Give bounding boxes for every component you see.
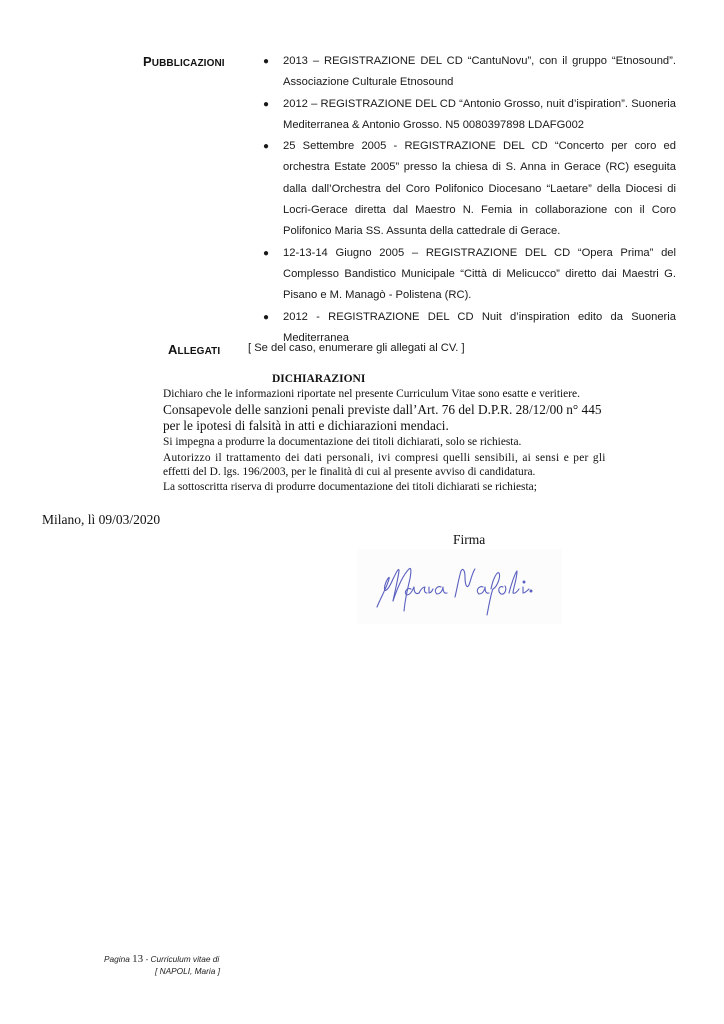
footer-candidate-name: [ NAPOLI, Maria ] bbox=[104, 965, 220, 977]
declaration-line: per le ipotesi di falsità in atti e dich… bbox=[163, 418, 449, 434]
page-footer: Pagina 13 - Curriculum vitae di [ NAPOLI… bbox=[104, 953, 220, 977]
signature-scribble-icon bbox=[357, 549, 562, 624]
label-rest: LLEGATI bbox=[178, 346, 221, 357]
list-item: ●25 Settembre 2005 - REGISTRAZIONE DEL C… bbox=[283, 136, 676, 242]
list-item: ●2012 – REGISTRAZIONE DEL CD “Antonio Gr… bbox=[283, 94, 676, 137]
footer-line-1: Pagina 13 - Curriculum vitae di bbox=[104, 953, 220, 965]
list-item: ●12-13-14 Giugno 2005 – REGISTRAZIONE DE… bbox=[283, 243, 676, 307]
publication-text: 2012 - REGISTRAZIONE DEL CD Nuit d’inspi… bbox=[283, 311, 676, 344]
bullet-icon: ● bbox=[263, 94, 269, 115]
publication-text: 25 Settembre 2005 - REGISTRAZIONE DEL CD… bbox=[283, 140, 676, 237]
place-and-date: Milano, lì 09/03/2020 bbox=[42, 512, 160, 528]
declaration-line: Si impegna a produrre la documentazione … bbox=[163, 436, 521, 448]
handwritten-signature bbox=[357, 549, 562, 624]
publication-text: 2013 – REGISTRAZIONE DEL CD “CantuNovu”,… bbox=[283, 55, 676, 88]
declarations-title: DICHIARAZIONI bbox=[272, 373, 365, 385]
bullet-icon: ● bbox=[263, 51, 269, 72]
publications-list: ●2013 – REGISTRAZIONE DEL CD “CantuNovu”… bbox=[283, 51, 676, 349]
publication-text: 2012 – REGISTRAZIONE DEL CD “Antonio Gro… bbox=[283, 98, 676, 131]
allegati-placeholder-text: [ Se del caso, enumerare gli allegati al… bbox=[248, 342, 465, 354]
label-rest: UBBLICAZIONI bbox=[152, 58, 225, 69]
section-label-allegati: ALLEGATI bbox=[168, 342, 220, 357]
publication-text: 12-13-14 Giugno 2005 – REGISTRAZIONE DEL… bbox=[283, 247, 676, 302]
label-initial: A bbox=[168, 342, 178, 357]
declaration-line: effetti del D. lgs. 196/2003, per le fin… bbox=[163, 466, 535, 478]
bullet-icon: ● bbox=[263, 136, 269, 157]
declaration-line: Dichiaro che le informazioni riportate n… bbox=[163, 388, 580, 400]
label-initial: P bbox=[143, 54, 152, 69]
bullet-icon: ● bbox=[263, 243, 269, 264]
section-label-pubblicazioni: PUBBLICAZIONI bbox=[143, 54, 225, 69]
declaration-line: Consapevole delle sanzioni penali previs… bbox=[163, 402, 602, 418]
page-number: 13 bbox=[132, 953, 143, 965]
declaration-line: Autorizzo il trattamento dei dati person… bbox=[163, 452, 606, 464]
list-item: ●2013 – REGISTRAZIONE DEL CD “CantuNovu”… bbox=[283, 51, 676, 94]
bullet-icon: ● bbox=[263, 307, 269, 328]
footer-page-suffix: - Curriculum vitae di bbox=[143, 954, 219, 964]
signature-label: Firma bbox=[453, 532, 485, 548]
declaration-line: La sottoscritta riserva di produrre docu… bbox=[163, 481, 537, 493]
footer-page-prefix: Pagina bbox=[104, 954, 132, 964]
